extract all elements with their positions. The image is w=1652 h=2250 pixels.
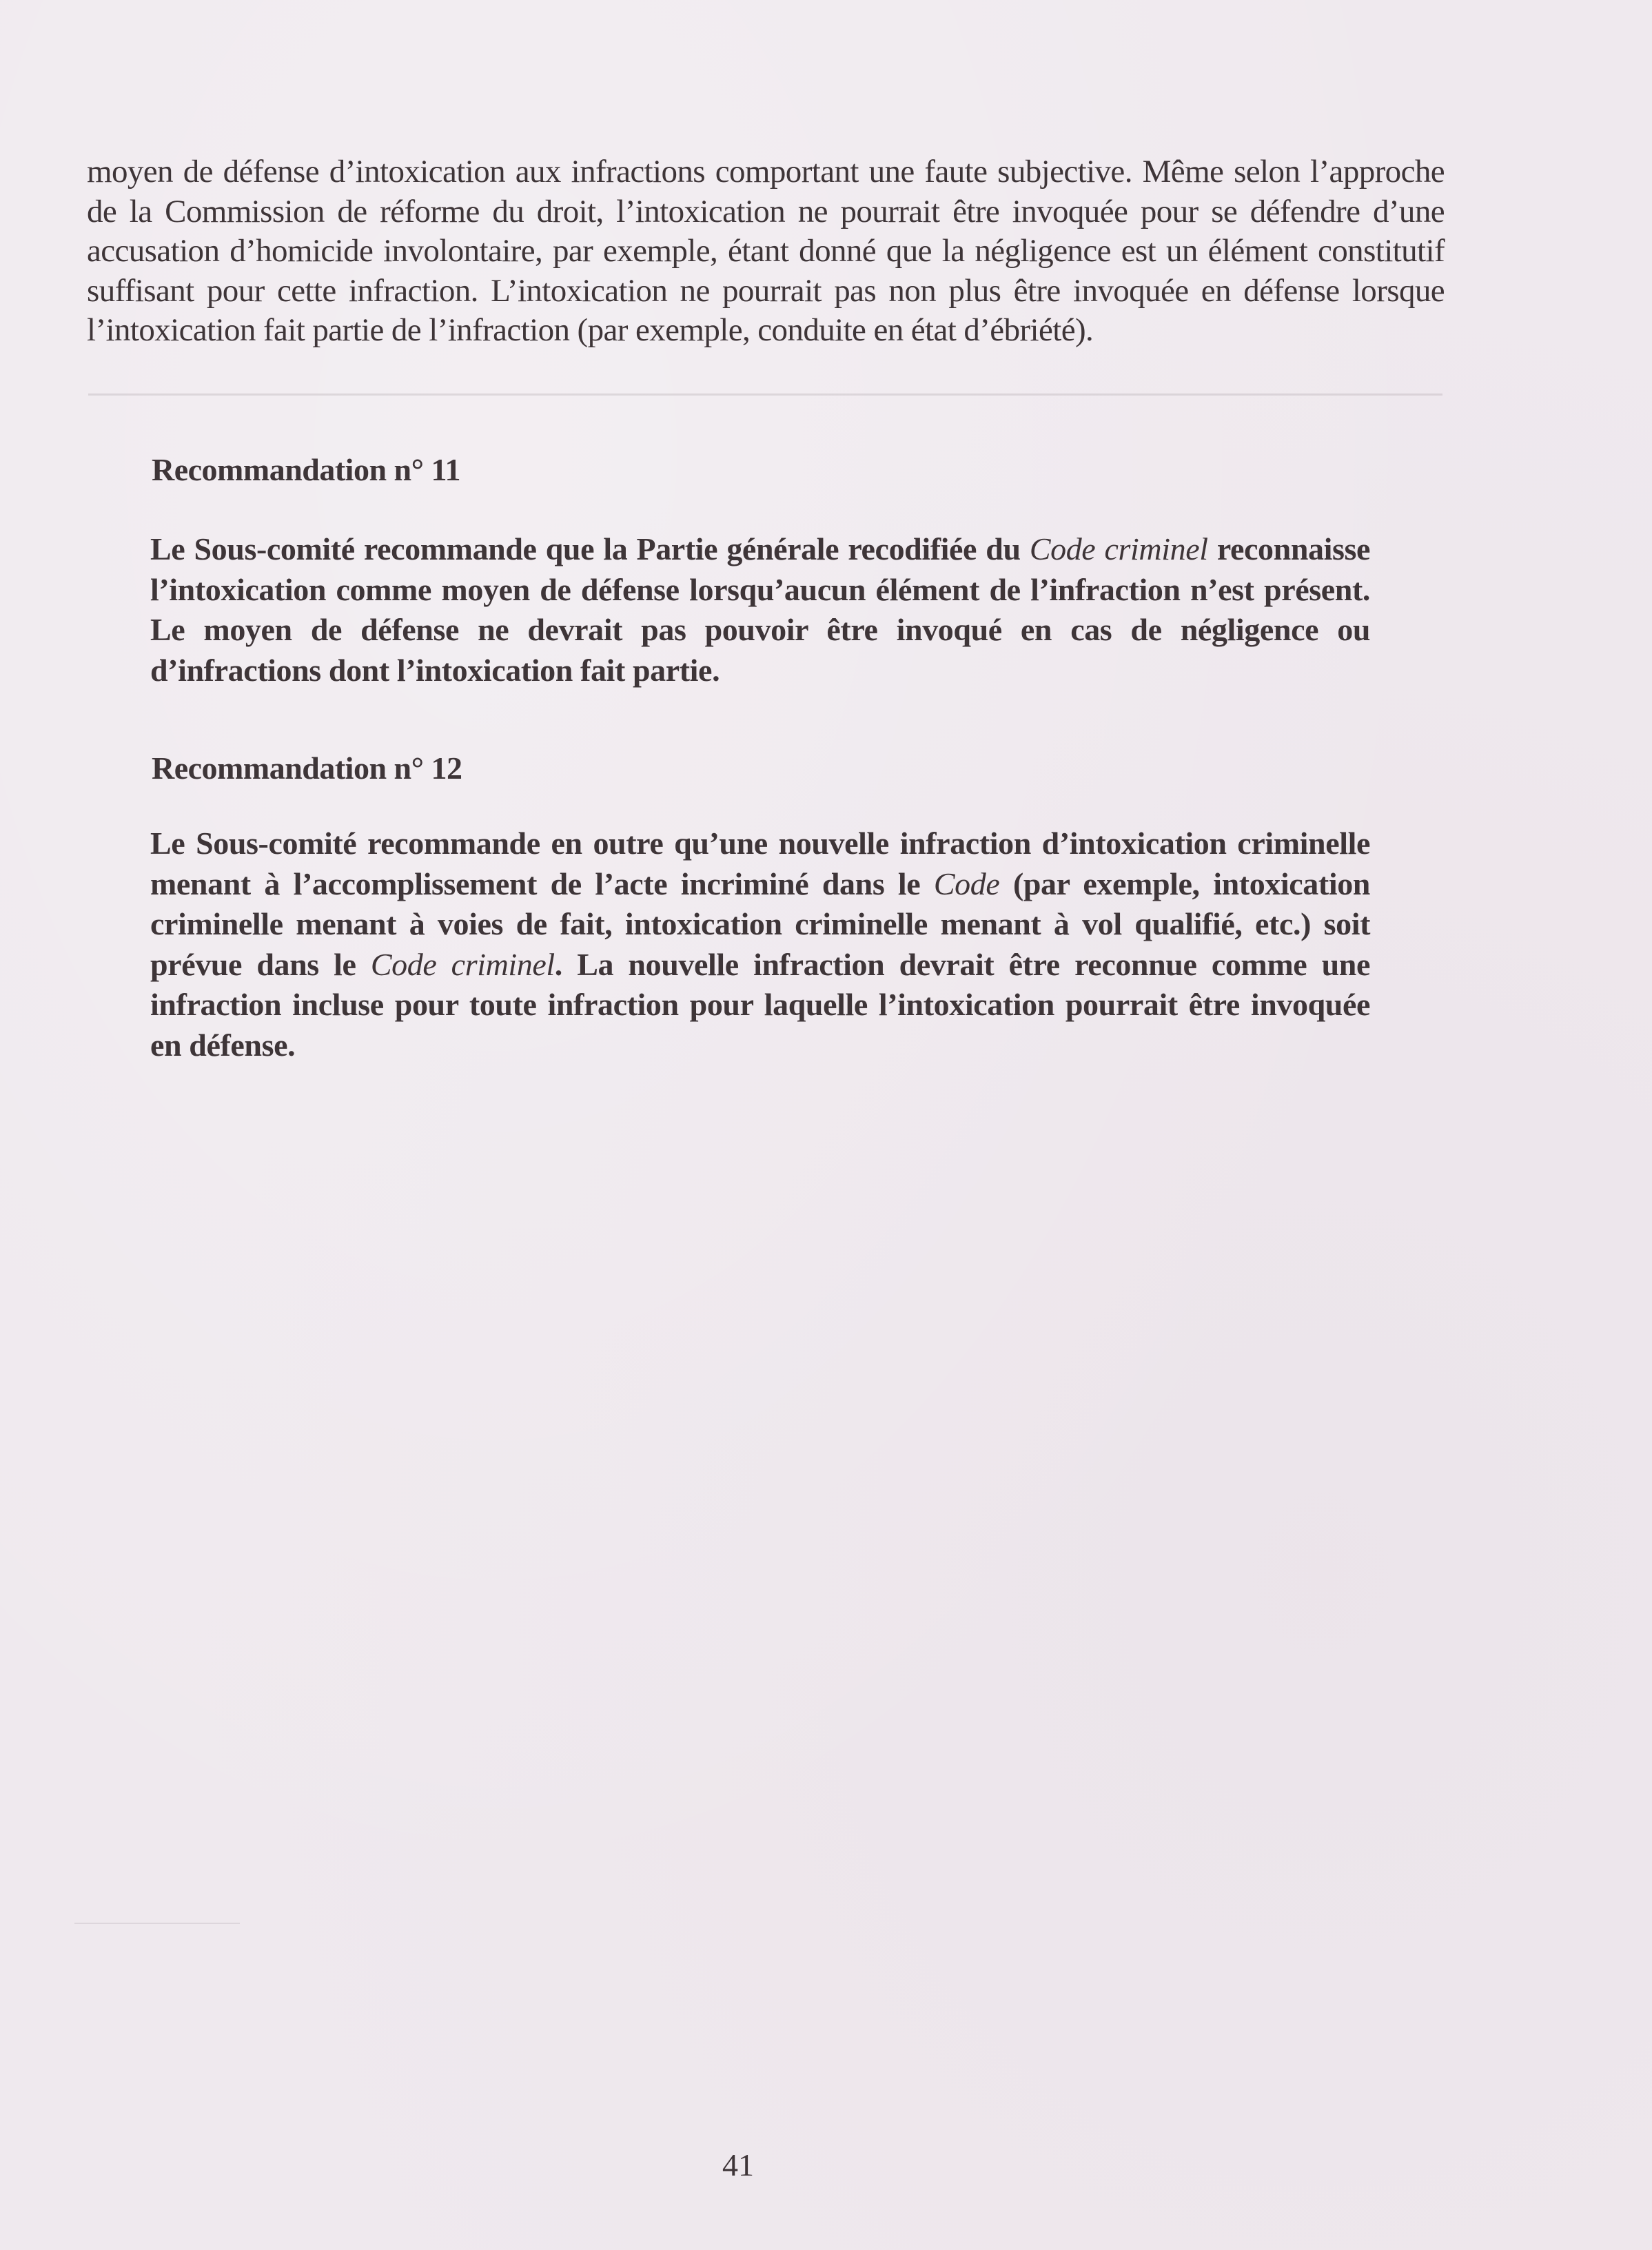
recommendation-11-heading: Recommandation n° 11 bbox=[152, 451, 460, 488]
page-number: 41 bbox=[722, 2147, 754, 2183]
rec12-italic-code: Code bbox=[934, 866, 1000, 901]
recommendation-12-body: Le Sous-comité recommande en outre qu’un… bbox=[150, 824, 1370, 1065]
intro-paragraph: moyen de défense d’intoxication aux infr… bbox=[87, 152, 1445, 351]
show-through-footnote-rule bbox=[74, 1923, 240, 1924]
rec12-italic-code-criminel: Code criminel bbox=[371, 947, 555, 982]
show-through-rule bbox=[88, 393, 1442, 396]
recommendation-11-body: Le Sous-comité recommande que la Partie … bbox=[150, 529, 1370, 691]
rec11-text-1: Le Sous-comité recommande que la Partie … bbox=[150, 531, 1030, 566]
scanned-page: moyen de défense d’intoxication aux infr… bbox=[0, 0, 1652, 2250]
recommendation-12-heading: Recommandation n° 12 bbox=[152, 750, 462, 786]
rec11-italic-code-criminel: Code criminel bbox=[1030, 531, 1208, 566]
